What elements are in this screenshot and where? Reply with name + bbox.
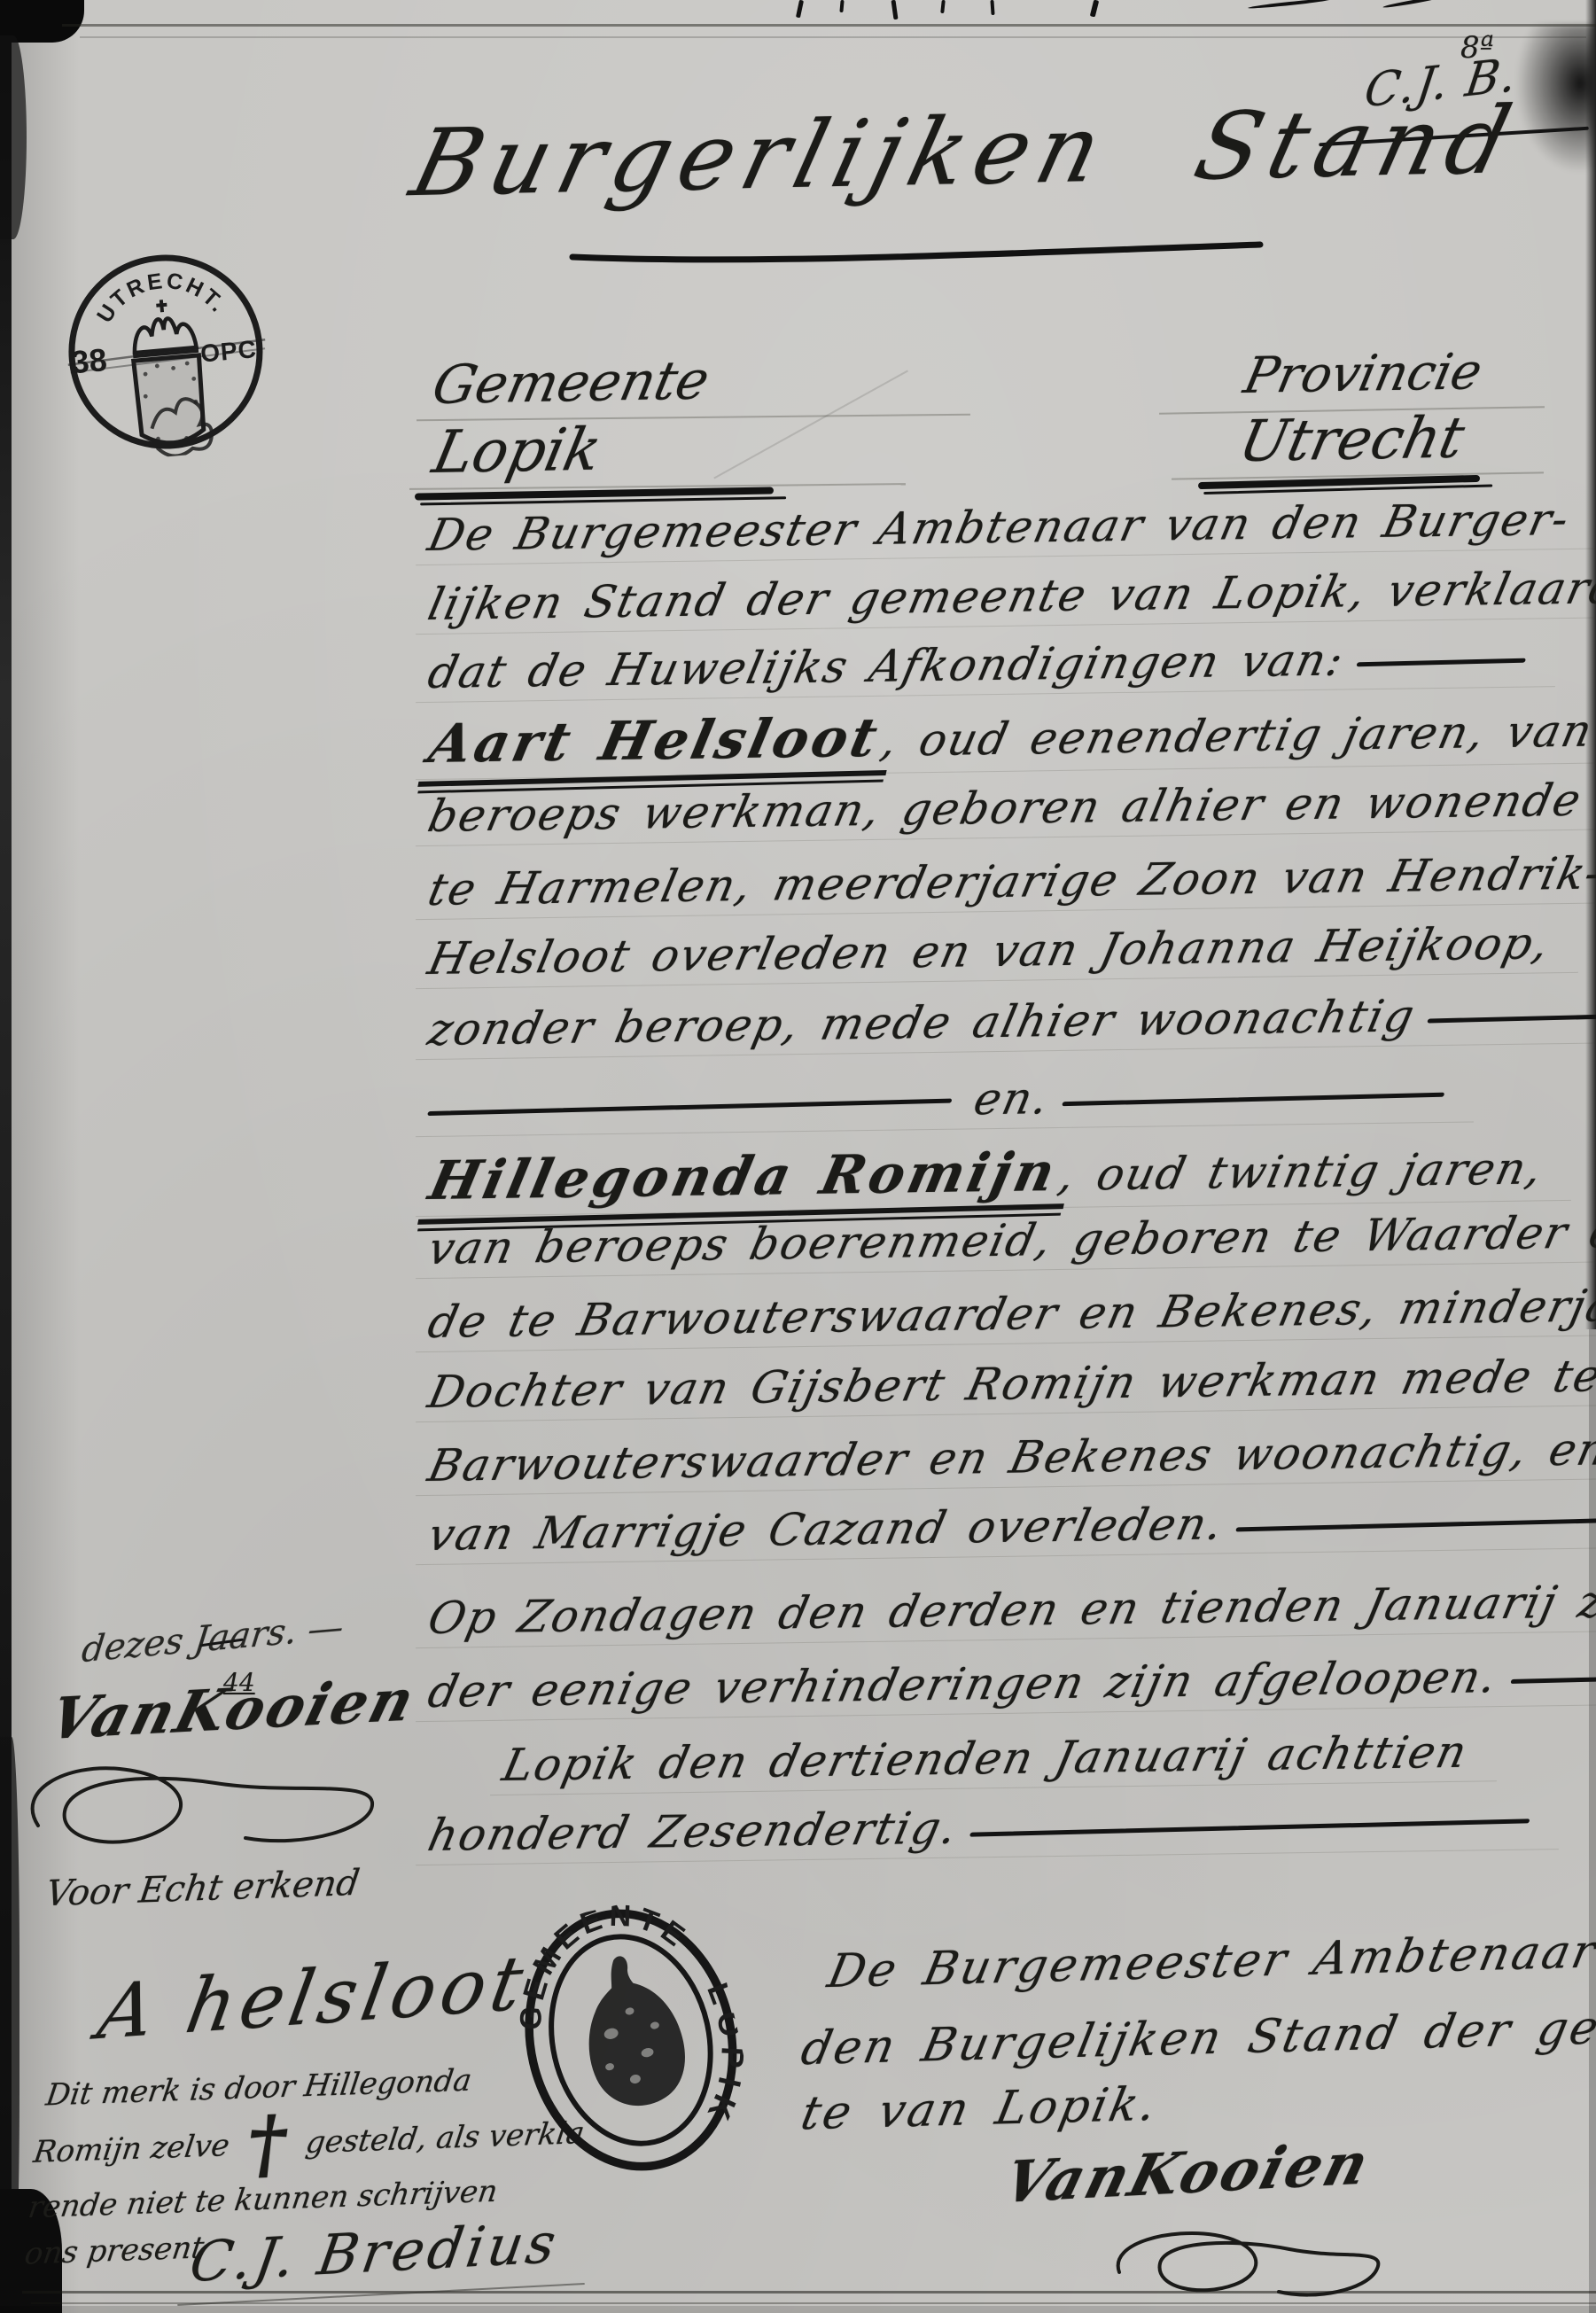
filler-dash (1062, 1093, 1444, 1107)
filler-dash (427, 1099, 952, 1116)
stamp-center-blob (569, 1946, 696, 2114)
body-line: de te Barwouterswaarder en Bekenes, mind… (424, 1279, 1596, 1348)
top-fold-line (80, 36, 1586, 38)
stray-ink-stroke (1090, 0, 1099, 17)
stamp-right-text: OPC (199, 335, 258, 367)
official-signature: VanKooien (997, 2130, 1378, 2217)
divider-en: en. (424, 1067, 1450, 1133)
filler-dash (1510, 1675, 1596, 1684)
filler-dash (1428, 1013, 1596, 1023)
closing-line: den Burgelijken Stand der gemeen- (797, 1998, 1596, 2076)
body-line: van Marrigje Cazand overleden. (424, 1492, 1596, 1561)
official-signature-flourish (1103, 2226, 1396, 2310)
body-line-groom: Aart Helsloot, oud eenendertig jaren, va… (424, 697, 1596, 775)
field-gemeente-value: Lopik (427, 415, 607, 487)
stamp-left-text: 38 (70, 341, 108, 380)
body-line: Dochter van Gijsbert Romijn werkman mede… (424, 1350, 1596, 1418)
page-title: Burgerlijken Stand (401, 86, 1530, 218)
body-line: der eenige verhinderingen zijn afgeloope… (424, 1648, 1596, 1717)
stray-ink-stroke (990, 0, 994, 15)
closing-line: De Burgemeester Ambtenaar van (823, 1922, 1596, 1999)
body-line: lijken Stand der gemeente van Lopik, ver… (424, 562, 1596, 630)
stray-ink-stroke (1382, 0, 1444, 9)
body-line: Helsloot overleden en van Johanna Heijko… (424, 917, 1555, 985)
margin-signature: VanKooien (43, 1667, 424, 1754)
margin-note: dezes Jaars. — (80, 1607, 346, 1670)
document-scan: 8ª C.J. B. Burgerlijken Stand UTRECHT. 3… (0, 0, 1596, 2313)
stray-ink-stroke (839, 0, 844, 12)
mark-cross: † (241, 2099, 293, 2190)
body-line: De Burgemeester Ambtenaar van den Burger… (424, 494, 1575, 561)
body-line: te Harmelen, meerderjarige Zoon van Hend… (424, 847, 1596, 915)
bride-name: Hillegonda Romijn (424, 1141, 1067, 1212)
body-line: Lopik den dertienden Januarij achttien (498, 1726, 1473, 1791)
field-provincie-label: Provincie (1239, 343, 1487, 405)
body-line: beroeps werkman, geboren alhier en wonen… (424, 772, 1596, 842)
stray-ink-stroke (1248, 0, 1332, 10)
revenue-stamp: UTRECHT. 38 OPC (53, 239, 279, 465)
body-line-bride: Hillegonda Romijn, oud twintig jaren, (424, 1134, 1550, 1212)
filler-dash (1236, 1518, 1596, 1532)
pencil-line (713, 370, 907, 479)
closing-line: te van Lopik. (797, 2078, 1164, 2141)
body-line: zonder beroep, mede alhier woonachtig (424, 986, 1596, 1055)
mark-note-line: ons present (22, 2230, 206, 2271)
title-underline (567, 241, 1267, 264)
crown-icon (132, 316, 197, 353)
field-gemeente-label: Gemeente (427, 349, 714, 417)
mark-note-line: Romijn zelve † gesteld, als verkla (31, 2115, 587, 2170)
field-provincie-value: Utrecht (1234, 405, 1470, 475)
filler-dash (969, 1818, 1530, 1836)
margin-signature-flourish (13, 1756, 385, 1872)
groom-name: Aart Helsloot (424, 707, 890, 775)
stray-ink-stroke (796, 0, 804, 18)
groom-signature: A helsloot (92, 1938, 534, 2056)
body-line: Barwouterswaarder en Bekenes woonachtig,… (424, 1423, 1596, 1491)
top-fold-line (62, 24, 1596, 27)
right-edge-shadow (1589, 1329, 1596, 2313)
body-line: dat de Huwelijks Afkondigingen van: (424, 632, 1532, 698)
binding-tear (0, 35, 27, 239)
stray-ink-stroke (940, 0, 946, 13)
body-line: honderd Zesendertig. (424, 1794, 1536, 1861)
stray-ink-stroke (891, 0, 898, 19)
body-line: Op Zondagen den derden en tienden Januar… (424, 1575, 1596, 1644)
filler-dash (1357, 658, 1526, 667)
corner-smudge (1517, 25, 1596, 171)
witness-signature: C.J. Bredius (185, 2210, 564, 2294)
right-edge-shadow (1585, 0, 1596, 1329)
